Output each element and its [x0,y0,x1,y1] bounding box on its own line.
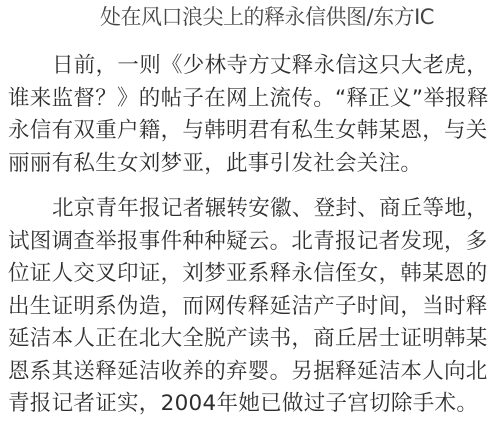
paragraph-line: 永信有双重户籍，与韩明君有私生女韩某恩，与关 [8,115,492,148]
paragraph-line: 青报记者证实，2004年她已做过子宫切除手术。 [8,388,492,421]
paragraph-line: 位证人交叉印证，刘梦亚系释永信侄女，韩某恩的 [8,258,492,291]
paragraph-line: 延洁本人正在北大全脱产读书，商丘居士证明韩某 [8,323,492,356]
article-body: 日前，一则《少林寺方丈释永信这只大老虎， 谁来监督？》的帖子在网上流传。“释正义… [8,50,492,421]
paragraph-1: 日前，一则《少林寺方丈释永信这只大老虎， 谁来监督？》的帖子在网上流传。“释正义… [8,50,492,180]
paragraph-line: 丽丽有私生女刘梦亚，此事引发社会关注。 [8,148,492,181]
image-caption: 处在风口浪尖上的释永信供图/东方IC [0,3,498,31]
paragraph-line: 出生证明系伪造，而网传释延洁产子时间，当时释 [8,291,492,324]
paragraph-line: 谁来监督？》的帖子在网上流传。“释正义”举报释 [8,83,492,116]
paragraph-line: 试图调查举报事件种种疑云。北青报记者发现，多 [8,226,492,259]
paragraph-line: 恩系其送释延洁收养的弃婴。另据释延洁本人向北 [8,356,492,389]
paragraph-line: 日前，一则《少林寺方丈释永信这只大老虎， [8,50,492,83]
paragraph-2: 北京青年报记者辗转安徽、登封、商丘等地， 试图调查举报事件种种疑云。北青报记者发… [8,193,492,421]
paragraph-line: 北京青年报记者辗转安徽、登封、商丘等地， [8,193,492,226]
